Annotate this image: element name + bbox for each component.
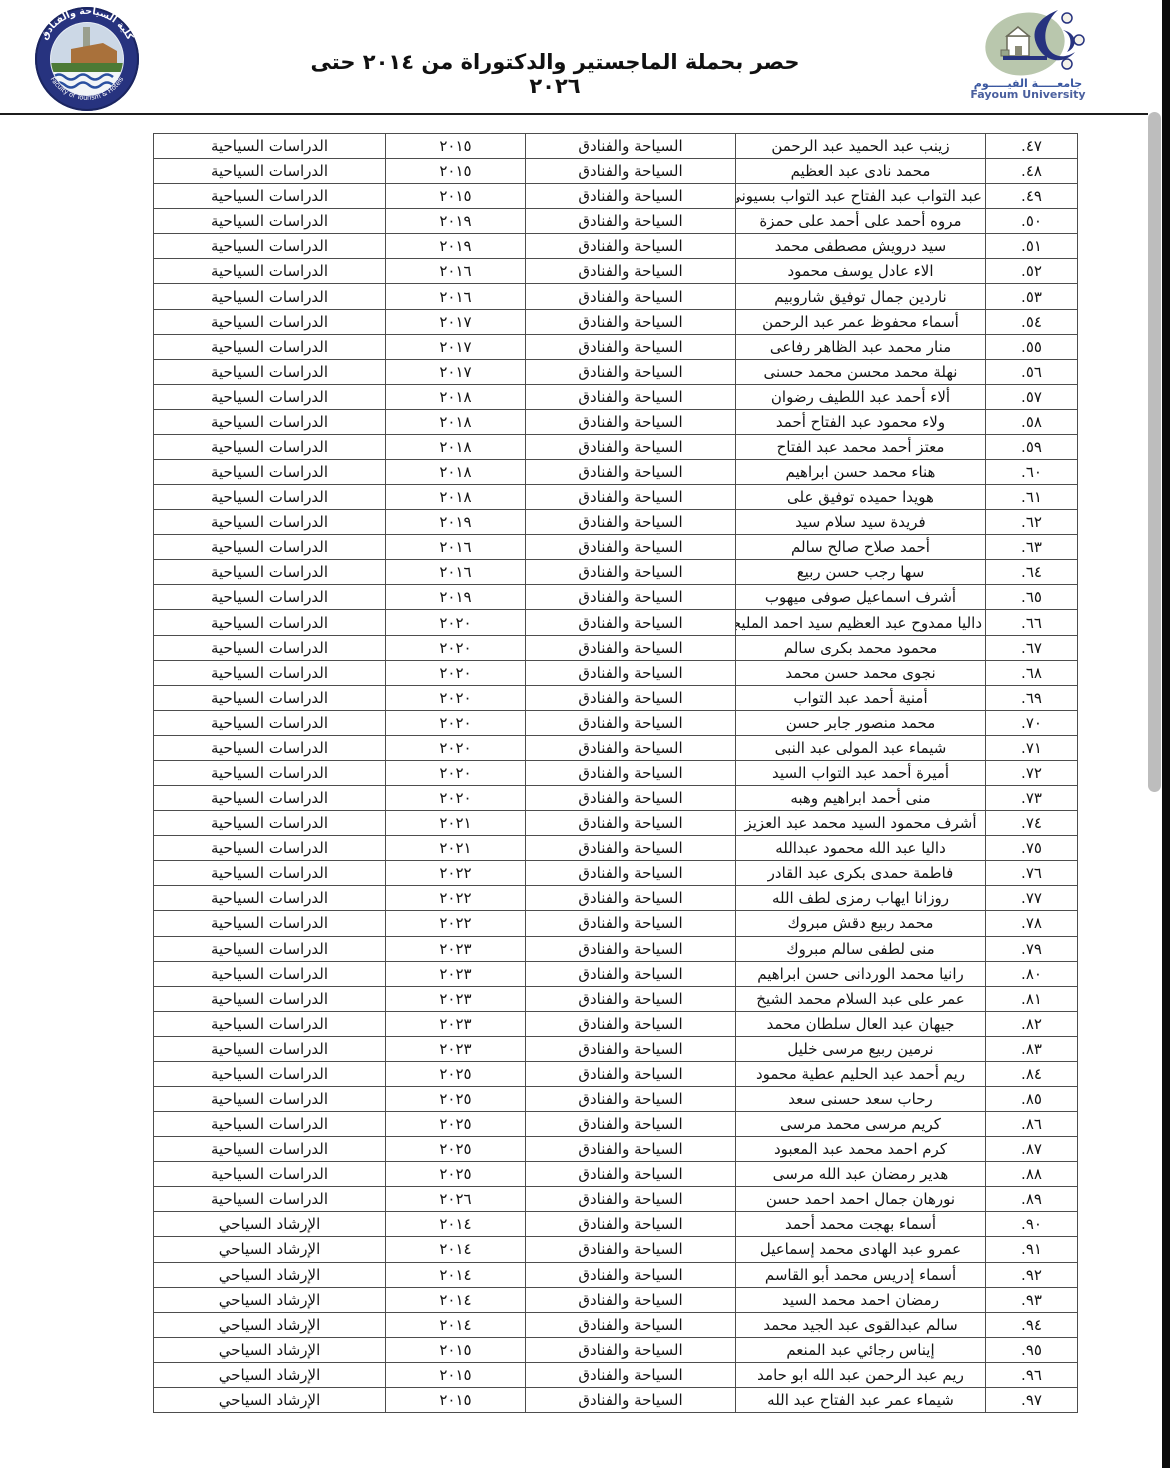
year-cell: ٢٠٢٢: [386, 911, 526, 936]
student-name: ألاء أحمد عبد اللطيف رضوان: [736, 384, 986, 409]
faculty-cell: السياحة والفنادق: [526, 560, 736, 585]
year-cell: ٢٠٢٠: [386, 660, 526, 685]
student-name: رحاب سعد حسنى سعد: [736, 1086, 986, 1111]
year-cell: ٢٠١٤: [386, 1262, 526, 1287]
row-number: ٩٤.: [986, 1312, 1078, 1337]
faculty-cell: السياحة والفنادق: [526, 234, 736, 259]
department-cell: الدراسات السياحية: [154, 836, 386, 861]
faculty-cell: السياحة والفنادق: [526, 1387, 736, 1412]
table-row: ٧٤.أشرف محمود السيد محمد عبد العزيزالسيا…: [154, 811, 1078, 836]
department-cell: الدراسات السياحية: [154, 610, 386, 635]
table-row: ٩٢.أسماء إدريس محمد أبو القاسمالسياحة وا…: [154, 1262, 1078, 1287]
row-number: ٩٢.: [986, 1262, 1078, 1287]
table-row: ٧٢.أميرة أحمد عبد التواب السيدالسياحة وا…: [154, 760, 1078, 785]
student-name: ريم أحمد عبد الحليم عطية محمود: [736, 1061, 986, 1086]
year-cell: ٢٠١٧: [386, 359, 526, 384]
row-number: ٦٥.: [986, 585, 1078, 610]
row-number: ٨٠.: [986, 961, 1078, 986]
year-cell: ٢٠١٥: [386, 159, 526, 184]
year-cell: ٢٠١٤: [386, 1237, 526, 1262]
student-name: منى أحمد ابراهيم وهبه: [736, 786, 986, 811]
student-name: عمر على عبد السلام محمد الشيخ: [736, 986, 986, 1011]
row-number: ٥٧.: [986, 384, 1078, 409]
year-cell: ٢٠١٦: [386, 259, 526, 284]
table-row: ٦٠.هناء محمد حسن ابراهيمالسياحة والفنادق…: [154, 460, 1078, 485]
faculty-cell: السياحة والفنادق: [526, 384, 736, 409]
year-cell: ٢٠١٧: [386, 334, 526, 359]
year-cell: ٢٠١٤: [386, 1287, 526, 1312]
row-number: ٤٨.: [986, 159, 1078, 184]
student-name: منار محمد عبد الظاهر رفاعى: [736, 334, 986, 359]
table-row: ٦٧.محمود محمد بكرى سالمالسياحة والفنادق٢…: [154, 635, 1078, 660]
student-name: جيهان عبد العال سلطان محمد: [736, 1011, 986, 1036]
faculty-cell: السياحة والفنادق: [526, 1187, 736, 1212]
student-name: شيماء عبد المولى عبد النبى: [736, 735, 986, 760]
faculty-cell: السياحة والفنادق: [526, 1212, 736, 1237]
scrollbar-thumb[interactable]: [1148, 112, 1161, 792]
row-number: ٧٥.: [986, 836, 1078, 861]
department-cell: الدراسات السياحية: [154, 1112, 386, 1137]
department-cell: الدراسات السياحية: [154, 786, 386, 811]
row-number: ٧٤.: [986, 811, 1078, 836]
table-row: ٨١.عمر على عبد السلام محمد الشيخالسياحة …: [154, 986, 1078, 1011]
department-cell: الإرشاد السياحي: [154, 1312, 386, 1337]
faculty-cell: السياحة والفنادق: [526, 1312, 736, 1337]
faculty-cell: السياحة والفنادق: [526, 786, 736, 811]
student-name: ريم عبد الرحمن عبد الله ابو حامد: [736, 1362, 986, 1387]
row-number: ٨٨.: [986, 1162, 1078, 1187]
department-cell: الدراسات السياحية: [154, 309, 386, 334]
table-row: ٧٨.محمد ربيع دقش مبروكالسياحة والفنادق٢٠…: [154, 911, 1078, 936]
student-name: هويدا حميده توفيق على: [736, 485, 986, 510]
student-name: أسماء بهجت محمد أحمد: [736, 1212, 986, 1237]
student-name: زينب عبد الحميد عبد الرحمن: [736, 134, 986, 159]
student-name: كرم احمد محمد عبد المعبود: [736, 1137, 986, 1162]
table-row: ٧٥.داليا عبد الله محمود عبداللهالسياحة و…: [154, 836, 1078, 861]
year-cell: ٢٠٢٣: [386, 1011, 526, 1036]
row-number: ٤٩.: [986, 184, 1078, 209]
row-number: ٥٥.: [986, 334, 1078, 359]
row-number: ٦٧.: [986, 635, 1078, 660]
year-cell: ٢٠٢٣: [386, 961, 526, 986]
faculty-cell: السياحة والفنادق: [526, 460, 736, 485]
records-table-body: ٤٧.زينب عبد الحميد عبد الرحمنالسياحة وال…: [154, 134, 1078, 1413]
year-cell: ٢٠١٩: [386, 510, 526, 535]
row-number: ٩١.: [986, 1237, 1078, 1262]
student-name: عمرو عبد الهادى محمد إسماعيل: [736, 1237, 986, 1262]
faculty-cell: السياحة والفنادق: [526, 510, 736, 535]
student-name: أسماء إدريس محمد أبو القاسم: [736, 1262, 986, 1287]
row-number: ٧٩.: [986, 936, 1078, 961]
faculty-cell: السياحة والفنادق: [526, 1262, 736, 1287]
faculty-cell: السياحة والفنادق: [526, 159, 736, 184]
faculty-cell: السياحة والفنادق: [526, 259, 736, 284]
row-number: ٧٦.: [986, 861, 1078, 886]
table-row: ٥١.سيد درويش مصطفى محمدالسياحة والفنادق٢…: [154, 234, 1078, 259]
faculty-cell: السياحة والفنادق: [526, 1011, 736, 1036]
department-cell: الدراسات السياحية: [154, 585, 386, 610]
student-name: محمود محمد بكرى سالم: [736, 635, 986, 660]
year-cell: ٢٠١٩: [386, 585, 526, 610]
table-row: ٥٦.نهلة محمد محسن محمد حسنىالسياحة والفن…: [154, 359, 1078, 384]
year-cell: ٢٠٢٥: [386, 1162, 526, 1187]
table-row: ٨٥.رحاب سعد حسنى سعدالسياحة والفنادق٢٠٢٥…: [154, 1086, 1078, 1111]
faculty-cell: السياحة والفنادق: [526, 610, 736, 635]
row-number: ٤٧.: [986, 134, 1078, 159]
department-cell: الدراسات السياحية: [154, 961, 386, 986]
university-logo: جامعـــــة الفيـــــوم Fayoum University: [948, 6, 1108, 110]
year-cell: ٢٠٢٠: [386, 786, 526, 811]
year-cell: ٢٠١٥: [386, 1387, 526, 1412]
student-name: إيناس رجائي عبد المنعم: [736, 1337, 986, 1362]
student-name: مروه أحمد على أحمد على حمزة: [736, 209, 986, 234]
department-cell: الدراسات السياحية: [154, 1086, 386, 1111]
faculty-cell: السياحة والفنادق: [526, 760, 736, 785]
year-cell: ٢٠٢٥: [386, 1086, 526, 1111]
year-cell: ٢٠١٥: [386, 184, 526, 209]
department-cell: الدراسات السياحية: [154, 1137, 386, 1162]
department-cell: الدراسات السياحية: [154, 460, 386, 485]
table-row: ٦٣.أحمد صلاح صالح سالمالسياحة والفنادق٢٠…: [154, 535, 1078, 560]
faculty-cell: السياحة والفنادق: [526, 485, 736, 510]
table-row: ٦٢.فريدة سيد سلام سيدالسياحة والفنادق٢٠١…: [154, 510, 1078, 535]
student-name: سالم عبدالقوى عبد الجيد محمد: [736, 1312, 986, 1337]
row-number: ٨٦.: [986, 1112, 1078, 1137]
faculty-cell: السياحة والفنادق: [526, 1086, 736, 1111]
faculty-cell: السياحة والفنادق: [526, 184, 736, 209]
faculty-cell: السياحة والفنادق: [526, 359, 736, 384]
row-number: ٥٠.: [986, 209, 1078, 234]
row-number: ٥٤.: [986, 309, 1078, 334]
year-cell: ٢٠٢٠: [386, 635, 526, 660]
department-cell: الدراسات السياحية: [154, 535, 386, 560]
row-number: ٨٥.: [986, 1086, 1078, 1111]
faculty-cell: السياحة والفنادق: [526, 309, 736, 334]
table-row: ٧٦.فاطمة حمدى بكرى عبد القادرالسياحة وال…: [154, 861, 1078, 886]
department-cell: الدراسات السياحية: [154, 760, 386, 785]
year-cell: ٢٠١٨: [386, 409, 526, 434]
student-name: هدير رمضان عبد الله مرسى: [736, 1162, 986, 1187]
faculty-cell: السياحة والفنادق: [526, 1337, 736, 1362]
year-cell: ٢٠١٦: [386, 284, 526, 309]
year-cell: ٢٠٢٠: [386, 735, 526, 760]
department-cell: الدراسات السياحية: [154, 209, 386, 234]
row-number: ٧٣.: [986, 786, 1078, 811]
faculty-cell: السياحة والفنادق: [526, 334, 736, 359]
row-number: ٩٠.: [986, 1212, 1078, 1237]
student-name: داليا عبد الله محمود عبدالله: [736, 836, 986, 861]
page-title: حصر بحملة الماجستير والدكتوراة من ٢٠١٤ ح…: [300, 50, 810, 98]
faculty-cell: السياحة والفنادق: [526, 535, 736, 560]
department-cell: الدراسات السياحية: [154, 1011, 386, 1036]
student-name: روزانا ايهاب رمزى لطف الله: [736, 886, 986, 911]
table-row: ٥٩.معتز أحمد محمد عبد الفتاحالسياحة والف…: [154, 434, 1078, 459]
table-row: ٨٩.نورهان جمال احمد احمد حسنالسياحة والف…: [154, 1187, 1078, 1212]
department-cell: الإرشاد السياحي: [154, 1387, 386, 1412]
row-number: ٦١.: [986, 485, 1078, 510]
faculty-cell: السياحة والفنادق: [526, 961, 736, 986]
department-cell: الدراسات السياحية: [154, 735, 386, 760]
table-row: ٩٦.ريم عبد الرحمن عبد الله ابو حامدالسيا…: [154, 1362, 1078, 1387]
department-cell: الدراسات السياحية: [154, 510, 386, 535]
department-cell: الدراسات السياحية: [154, 710, 386, 735]
department-cell: الدراسات السياحية: [154, 811, 386, 836]
year-cell: ٢٠١٨: [386, 485, 526, 510]
student-name: محمد منصور جابر حسن: [736, 710, 986, 735]
table-row: ٥٧.ألاء أحمد عبد اللطيف رضوانالسياحة وال…: [154, 384, 1078, 409]
faculty-cell: السياحة والفنادق: [526, 986, 736, 1011]
year-cell: ٢٠٢٠: [386, 610, 526, 635]
window-edge: [1162, 0, 1170, 1468]
table-row: ٧٩.منى لطفى سالم مبروكالسياحة والفنادق٢٠…: [154, 936, 1078, 961]
row-number: ٨٣.: [986, 1036, 1078, 1061]
department-cell: الدراسات السياحية: [154, 861, 386, 886]
table-row: ٨٠.رانيا محمد الوردانى حسن ابراهيمالسياح…: [154, 961, 1078, 986]
row-number: ٩٧.: [986, 1387, 1078, 1412]
table-row: ٧١.شيماء عبد المولى عبد النبىالسياحة وال…: [154, 735, 1078, 760]
department-cell: الدراسات السياحية: [154, 886, 386, 911]
faculty-cell: السياحة والفنادق: [526, 209, 736, 234]
table-row: ٩١.عمرو عبد الهادى محمد إسماعيلالسياحة و…: [154, 1237, 1078, 1262]
student-name: أشرف محمود السيد محمد عبد العزيز: [736, 811, 986, 836]
year-cell: ٢٠١٤: [386, 1312, 526, 1337]
faculty-logo: كلية السياحة والفنادق Faculty of Tourism…: [33, 5, 141, 113]
row-number: ٥٨.: [986, 409, 1078, 434]
department-cell: الإرشاد السياحي: [154, 1337, 386, 1362]
year-cell: ٢٠١٩: [386, 209, 526, 234]
year-cell: ٢٠٢١: [386, 836, 526, 861]
table-row: ٦٩.أمنية أحمد عبد التوابالسياحة والفنادق…: [154, 685, 1078, 710]
department-cell: الدراسات السياحية: [154, 134, 386, 159]
row-number: ٩٣.: [986, 1287, 1078, 1312]
row-number: ٦٠.: [986, 460, 1078, 485]
student-name: منى لطفى سالم مبروك: [736, 936, 986, 961]
year-cell: ٢٠١٩: [386, 234, 526, 259]
year-cell: ٢٠٢٥: [386, 1137, 526, 1162]
department-cell: الدراسات السياحية: [154, 1061, 386, 1086]
faculty-cell: السياحة والفنادق: [526, 134, 736, 159]
department-cell: الإرشاد السياحي: [154, 1212, 386, 1237]
student-name: معتز أحمد محمد عبد الفتاح: [736, 434, 986, 459]
year-cell: ٢٠٢٠: [386, 685, 526, 710]
student-name: أسماء محفوظ عمر عبد الرحمن: [736, 309, 986, 334]
faculty-cell: السياحة والفنادق: [526, 1061, 736, 1086]
student-name: أميرة أحمد عبد التواب السيد: [736, 760, 986, 785]
year-cell: ٢٠٢٦: [386, 1187, 526, 1212]
department-cell: الدراسات السياحية: [154, 359, 386, 384]
table-row: ٩٠.أسماء بهجت محمد أحمدالسياحة والفنادق٢…: [154, 1212, 1078, 1237]
student-name: أشرف اسماعيل صوفى ميهوب: [736, 585, 986, 610]
table-row: ٦٤.سها رجب حسن ربيعالسياحة والفنادق٢٠١٦ا…: [154, 560, 1078, 585]
row-number: ٧٢.: [986, 760, 1078, 785]
table-row: ٩٣.رمضان احمد محمد السيدالسياحة والفنادق…: [154, 1287, 1078, 1312]
faculty-crest-icon: كلية السياحة والفنادق Faculty of Tourism…: [33, 5, 141, 113]
table-row: ٨٧.كرم احمد محمد عبد المعبودالسياحة والف…: [154, 1137, 1078, 1162]
row-number: ٧٧.: [986, 886, 1078, 911]
year-cell: ٢٠١٧: [386, 309, 526, 334]
year-cell: ٢٠١٨: [386, 434, 526, 459]
student-name: رانيا محمد الوردانى حسن ابراهيم: [736, 961, 986, 986]
department-cell: الدراسات السياحية: [154, 259, 386, 284]
table-row: ٦٥.أشرف اسماعيل صوفى ميهوبالسياحة والفنا…: [154, 585, 1078, 610]
table-row: ٨٨.هدير رمضان عبد الله مرسىالسياحة والفن…: [154, 1162, 1078, 1187]
year-cell: ٢٠١٤: [386, 1212, 526, 1237]
year-cell: ٢٠١٦: [386, 560, 526, 585]
department-cell: الدراسات السياحية: [154, 284, 386, 309]
row-number: ٦٩.: [986, 685, 1078, 710]
student-name: رمضان احمد محمد السيد: [736, 1287, 986, 1312]
faculty-cell: السياحة والفنادق: [526, 710, 736, 735]
faculty-cell: السياحة والفنادق: [526, 735, 736, 760]
row-number: ٩٦.: [986, 1362, 1078, 1387]
year-cell: ٢٠١٨: [386, 384, 526, 409]
row-number: ٦٢.: [986, 510, 1078, 535]
table-row: ٥٠.مروه أحمد على أحمد على حمزةالسياحة وا…: [154, 209, 1078, 234]
faculty-cell: السياحة والفنادق: [526, 585, 736, 610]
year-cell: ٢٠٢٠: [386, 710, 526, 735]
table-row: ٤٩.عبد التواب عبد الفتاح عبد التواب بسيو…: [154, 184, 1078, 209]
table-row: ٥٢.الاء عادل يوسف محمودالسياحة والفنادق٢…: [154, 259, 1078, 284]
year-cell: ٢٠٢٥: [386, 1112, 526, 1137]
year-cell: ٢٠٢٣: [386, 1036, 526, 1061]
student-name: هناء محمد حسن ابراهيم: [736, 460, 986, 485]
faculty-cell: السياحة والفنادق: [526, 1162, 736, 1187]
year-cell: ٢٠٢٠: [386, 760, 526, 785]
year-cell: ٢٠١٨: [386, 460, 526, 485]
row-number: ٥٩.: [986, 434, 1078, 459]
table-row: ٦٦.داليا ممدوح عبد العظيم سيد احمد الملي…: [154, 610, 1078, 635]
row-number: ٥٦.: [986, 359, 1078, 384]
graduates-table: ٤٧.زينب عبد الحميد عبد الرحمنالسياحة وال…: [153, 133, 1078, 1413]
table-row: ٦٨.نجوى محمد حسن محمدالسياحة والفنادق٢٠٢…: [154, 660, 1078, 685]
year-cell: ٢٠٢٣: [386, 936, 526, 961]
faculty-cell: السياحة والفنادق: [526, 836, 736, 861]
department-cell: الدراسات السياحية: [154, 1036, 386, 1061]
faculty-cell: السياحة والفنادق: [526, 1036, 736, 1061]
year-cell: ٢٠٢١: [386, 811, 526, 836]
row-number: ٩٥.: [986, 1337, 1078, 1362]
student-name: شيماء عمر عبد الفتاح عبد الله: [736, 1387, 986, 1412]
table-row: ٩٥.إيناس رجائي عبد المنعمالسياحة والفناد…: [154, 1337, 1078, 1362]
row-number: ٦٨.: [986, 660, 1078, 685]
year-cell: ٢٠١٦: [386, 535, 526, 560]
student-name: ناردين جمال توفيق شاروبيم: [736, 284, 986, 309]
student-name: نرمين ربيع مرسى خليل: [736, 1036, 986, 1061]
row-number: ٥٢.: [986, 259, 1078, 284]
row-number: ٥٣.: [986, 284, 1078, 309]
department-cell: الدراسات السياحية: [154, 334, 386, 359]
student-name: كريم مرسى محمد مرسى: [736, 1112, 986, 1137]
faculty-cell: السياحة والفنادق: [526, 811, 736, 836]
row-number: ٨٧.: [986, 1137, 1078, 1162]
table-row: ٨٤.ريم أحمد عبد الحليم عطية محمودالسياحة…: [154, 1061, 1078, 1086]
department-cell: الدراسات السياحية: [154, 159, 386, 184]
year-cell: ٢٠٢٢: [386, 886, 526, 911]
student-name: أحمد صلاح صالح سالم: [736, 535, 986, 560]
row-number: ٥١.: [986, 234, 1078, 259]
faculty-cell: السياحة والفنادق: [526, 635, 736, 660]
department-cell: الدراسات السياحية: [154, 660, 386, 685]
department-cell: الإرشاد السياحي: [154, 1237, 386, 1262]
student-name: سها رجب حسن ربيع: [736, 560, 986, 585]
table-row: ٥٥.منار محمد عبد الظاهر رفاعىالسياحة وال…: [154, 334, 1078, 359]
table-row: ٩٧.شيماء عمر عبد الفتاح عبد اللهالسياحة …: [154, 1387, 1078, 1412]
university-emblem-icon: [963, 6, 1093, 80]
table-row: ٥٣.ناردين جمال توفيق شاروبيمالسياحة والف…: [154, 284, 1078, 309]
row-number: ٨٩.: [986, 1187, 1078, 1212]
department-cell: الدراسات السياحية: [154, 560, 386, 585]
student-name: نجوى محمد حسن محمد: [736, 660, 986, 685]
department-cell: الدراسات السياحية: [154, 434, 386, 459]
student-name: نورهان جمال احمد احمد حسن: [736, 1187, 986, 1212]
faculty-cell: السياحة والفنادق: [526, 861, 736, 886]
department-cell: الدراسات السياحية: [154, 986, 386, 1011]
faculty-cell: السياحة والفنادق: [526, 1137, 736, 1162]
faculty-cell: السياحة والفنادق: [526, 660, 736, 685]
faculty-cell: السياحة والفنادق: [526, 1112, 736, 1137]
student-name: ولاء محمود عبد الفتاح أحمد: [736, 409, 986, 434]
row-number: ٦٣.: [986, 535, 1078, 560]
table-row: ٨٢.جيهان عبد العال سلطان محمدالسياحة وال…: [154, 1011, 1078, 1036]
year-cell: ٢٠٢٥: [386, 1061, 526, 1086]
year-cell: ٢٠١٥: [386, 1337, 526, 1362]
year-cell: ٢٠١٥: [386, 1362, 526, 1387]
table-row: ٧٧.روزانا ايهاب رمزى لطف اللهالسياحة وال…: [154, 886, 1078, 911]
faculty-cell: السياحة والفنادق: [526, 1287, 736, 1312]
department-cell: الإرشاد السياحي: [154, 1262, 386, 1287]
year-cell: ٢٠٢٢: [386, 861, 526, 886]
department-cell: الدراسات السياحية: [154, 1187, 386, 1212]
department-cell: الدراسات السياحية: [154, 936, 386, 961]
faculty-cell: السياحة والفنادق: [526, 409, 736, 434]
table-row: ٥٨.ولاء محمود عبد الفتاح أحمدالسياحة وال…: [154, 409, 1078, 434]
row-number: ٧٨.: [986, 911, 1078, 936]
table-row: ٥٤.أسماء محفوظ عمر عبد الرحمنالسياحة وال…: [154, 309, 1078, 334]
student-name: أمنية أحمد عبد التواب: [736, 685, 986, 710]
table-row: ٤٨.محمد نادى عبد العظيمالسياحة والفنادق٢…: [154, 159, 1078, 184]
department-cell: الإرشاد السياحي: [154, 1362, 386, 1387]
row-number: ٨١.: [986, 986, 1078, 1011]
faculty-cell: السياحة والفنادق: [526, 886, 736, 911]
row-number: ٦٤.: [986, 560, 1078, 585]
table-row: ٩٤.سالم عبدالقوى عبد الجيد محمدالسياحة و…: [154, 1312, 1078, 1337]
document-page: { "header": { "title": "حصر بحملة الماجس…: [0, 0, 1170, 1468]
faculty-cell: السياحة والفنادق: [526, 284, 736, 309]
student-name: نهلة محمد محسن محمد حسنى: [736, 359, 986, 384]
row-number: ٦٦.: [986, 610, 1078, 635]
department-cell: الدراسات السياحية: [154, 635, 386, 660]
row-number: ٧١.: [986, 735, 1078, 760]
table-row: ٧٠.محمد منصور جابر حسنالسياحة والفنادق٢٠…: [154, 710, 1078, 735]
row-number: ٨٤.: [986, 1061, 1078, 1086]
department-cell: الدراسات السياحية: [154, 234, 386, 259]
faculty-cell: السياحة والفنادق: [526, 1237, 736, 1262]
department-cell: الدراسات السياحية: [154, 384, 386, 409]
department-cell: الدراسات السياحية: [154, 1162, 386, 1187]
faculty-cell: السياحة والفنادق: [526, 911, 736, 936]
table-row: ٦١.هويدا حميده توفيق علىالسياحة والفنادق…: [154, 485, 1078, 510]
student-name: عبد التواب عبد الفتاح عبد التواب بسيونى: [736, 184, 986, 209]
year-cell: ٢٠٢٣: [386, 986, 526, 1011]
faculty-cell: السياحة والفنادق: [526, 936, 736, 961]
student-name: الاء عادل يوسف محمود: [736, 259, 986, 284]
department-cell: الدراسات السياحية: [154, 685, 386, 710]
table-row: ٨٣.نرمين ربيع مرسى خليلالسياحة والفنادق٢…: [154, 1036, 1078, 1061]
faculty-cell: السياحة والفنادق: [526, 685, 736, 710]
table-row: ٨٦.كريم مرسى محمد مرسىالسياحة والفنادق٢٠…: [154, 1112, 1078, 1137]
department-cell: الدراسات السياحية: [154, 409, 386, 434]
department-cell: الدراسات السياحية: [154, 485, 386, 510]
